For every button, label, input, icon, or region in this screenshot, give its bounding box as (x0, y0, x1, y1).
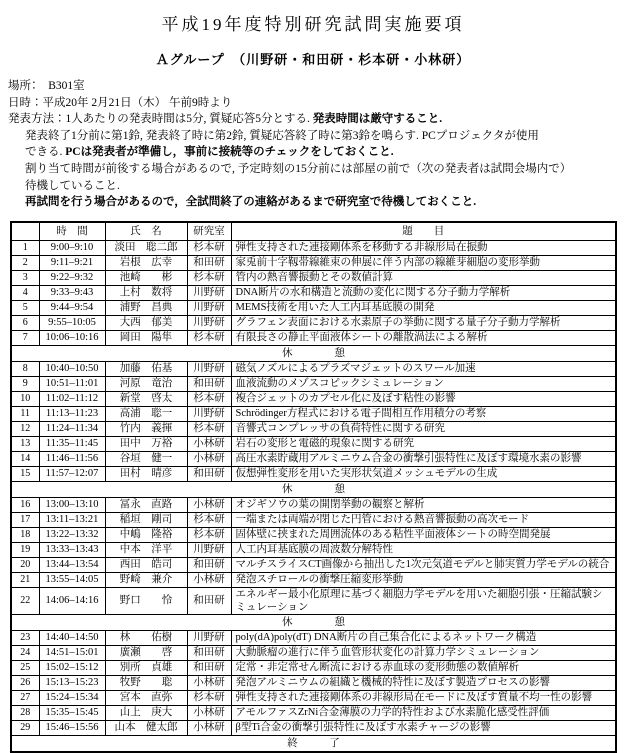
table-row: 2915:46–15:56山本 健太郎小林研β型Ti合金の衝撃引張特性に及ぼす水… (11, 720, 616, 735)
cell-name: 田村 晴彦 (105, 466, 187, 481)
cell-time: 15:13–15:23 (39, 675, 105, 690)
header-title: 題 目 (231, 222, 616, 241)
cell-number: 20 (11, 557, 39, 572)
cell-number: 11 (11, 406, 39, 421)
cell-title: 管内の熱音響振動とその数値計算 (231, 270, 616, 285)
cell-title: 磁気ノズルによるプラズマジェットのスワール加速 (231, 361, 616, 376)
table-row: 59:44–9:54浦野 昌典川野研MEMS技術を用いた人工内耳基底膜の開発 (11, 300, 616, 315)
cell-time: 11:13–11:23 (39, 406, 105, 421)
cell-lab: 杉本研 (187, 270, 231, 285)
cell-lab: 川野研 (187, 630, 231, 645)
cell-title: マルチスライスCT画像から抽出した1次元気道モデルと肺実質力学モデルの統合 (231, 557, 616, 572)
cell-title: 発泡スチロールの衝撃圧縮変形挙動 (231, 572, 616, 587)
cell-number: 9 (11, 376, 39, 391)
cell-number: 26 (11, 675, 39, 690)
cell-number: 28 (11, 705, 39, 720)
note-pc: できる. PCは発表者が準備し，事前に接続等のチェックをしておくこと. (8, 144, 618, 161)
note-datetime: 日時：平成20年 2月21日（木） 午前9時より (8, 95, 618, 112)
cell-lab: 杉本研 (187, 512, 231, 527)
cell-title: 発泡アルミニウムの組織と機械的特性に及ぼす製造プロセスの影響 (231, 675, 616, 690)
header-row: 時 間 氏 名 研究室 題 目 (11, 222, 616, 241)
cell-lab: 和田研 (187, 587, 231, 614)
table-row: 39:22–9:32池崎 彬杉本研管内の熱音響振動とその数値計算 (11, 270, 616, 285)
cell-name: 別所 貞雄 (105, 660, 187, 675)
cell-time: 15:24–15:34 (39, 690, 105, 705)
cell-lab: 杉本研 (187, 421, 231, 436)
cell-time: 15:35–15:45 (39, 705, 105, 720)
table-row: 2815:35–15:45山上 庚大小林研アモルファスZrNi合金薄膜の力学的特… (11, 705, 616, 720)
cell-name: 竹内 義揮 (105, 421, 187, 436)
cell-number: 3 (11, 270, 39, 285)
page-title: 平成19年度特別研究試問実施要項 (8, 10, 618, 35)
header-name: 氏 名 (105, 222, 187, 241)
cell-title: 有限長さの静止平面液体シートの離散渦法による解析 (231, 330, 616, 345)
cell-time: 15:46–15:56 (39, 720, 105, 735)
table-row: 2715:24–15:34宮本 直弥杉本研弾性支持された連接剛体系の非線形局在モ… (11, 690, 616, 705)
cell-name: 岡田 陽隼 (105, 330, 187, 345)
cell-name: 牧野 聡 (105, 675, 187, 690)
cell-name: 加藤 佑基 (105, 361, 187, 376)
note-waiting-2: 待機していること. (8, 178, 618, 195)
cell-number: 22 (11, 587, 39, 614)
end-label: 終 了 (11, 735, 616, 752)
note-waiting-1: 割り当て時間が前後する場合があるので, 予定時刻の15分前には部屋の前で（次の発… (8, 161, 618, 178)
cell-lab: 川野研 (187, 315, 231, 330)
break-row: 休 憩 (11, 481, 616, 497)
cell-title: グラフェン表面における水素原子の挙動に関する量子分子動力学解析 (231, 315, 616, 330)
end-row: 終 了 (11, 735, 616, 752)
cell-title: 複合ジェットのカプセル化に及ぼす粘性の影響 (231, 391, 616, 406)
cell-time: 9:44–9:54 (39, 300, 105, 315)
cell-number: 24 (11, 645, 39, 660)
cell-name: 野崎 兼介 (105, 572, 187, 587)
cell-time: 13:33–13:43 (39, 542, 105, 557)
cell-lab: 和田研 (187, 255, 231, 270)
cell-number: 19 (11, 542, 39, 557)
cell-name: 中嶋 隆裕 (105, 527, 187, 542)
cell-name: 池崎 彬 (105, 270, 187, 285)
note-place: 場所： B301室 (8, 78, 618, 95)
cell-number: 15 (11, 466, 39, 481)
cell-time: 10:06–10:16 (39, 330, 105, 345)
cell-name: 上村 数将 (105, 285, 187, 300)
cell-name: 谷垣 健一 (105, 451, 187, 466)
cell-time: 11:24–11:34 (39, 421, 105, 436)
break-label: 休 憩 (11, 345, 616, 361)
table-row: 2314:40–14:50林 佑樹川野研poly(dA)poly(dT) DNA… (11, 630, 616, 645)
cell-lab: 杉本研 (187, 391, 231, 406)
note-method: 発表方法：1人あたりの発表時間は5分, 質疑応答5分とする. 発表時間は厳守する… (8, 111, 618, 128)
cell-number: 18 (11, 527, 39, 542)
cell-lab: 杉本研 (187, 527, 231, 542)
cell-lab: 小林研 (187, 436, 231, 451)
cell-name: 新堂 啓太 (105, 391, 187, 406)
cell-time: 9:22–9:32 (39, 270, 105, 285)
cell-number: 27 (11, 690, 39, 705)
cell-lab: 和田研 (187, 645, 231, 660)
cell-title: 仮想弾性変形を用いた実形状気道メッシュモデルの生成 (231, 466, 616, 481)
instructions: 場所： B301室 日時：平成20年 2月21日（木） 午前9時より 発表方法：… (8, 78, 618, 211)
table-row: 1813:22–13:32中嶋 隆裕杉本研固体壁に挟まれた周囲流体のある粘性平面… (11, 527, 616, 542)
cell-number: 23 (11, 630, 39, 645)
cell-number: 13 (11, 436, 39, 451)
cell-lab: 小林研 (187, 720, 231, 735)
cell-lab: 杉本研 (187, 240, 231, 255)
cell-title: 音響式コンプレッサの負荷特性に関する研究 (231, 421, 616, 436)
cell-time: 10:51–11:01 (39, 376, 105, 391)
break-label: 休 憩 (11, 481, 616, 497)
cell-time: 9:11–9:21 (39, 255, 105, 270)
cell-lab: 小林研 (187, 705, 231, 720)
cell-title: 人工内耳基底膜の周波数分解特性 (231, 542, 616, 557)
cell-time: 11:35–11:45 (39, 436, 105, 451)
cell-lab: 川野研 (187, 300, 231, 315)
cell-title: 固体壁に挟まれた周囲流体のある粘性平面液体シートの時空間発展 (231, 527, 616, 542)
cell-number: 2 (11, 255, 39, 270)
cell-name: 宮本 直弥 (105, 690, 187, 705)
schedule-table: 時 間 氏 名 研究室 題 目 19:00–9:10淡田 聡二郎杉本研弾性支持さ… (10, 221, 617, 753)
cell-name: 淡田 聡二郎 (105, 240, 187, 255)
table-row: 2013:44–13:54西田 皓司和田研マルチスライスCT画像から抽出した1次… (11, 557, 616, 572)
note-retest: 再試問を行う場合があるので，全試問終了の連絡があるまで研究室で待機しておくこと. (8, 194, 618, 211)
cell-number: 25 (11, 660, 39, 675)
cell-number: 29 (11, 720, 39, 735)
cell-lab: 和田研 (187, 376, 231, 391)
cell-number: 5 (11, 300, 39, 315)
cell-lab: 和田研 (187, 660, 231, 675)
table-row: 1111:13–11:23高浦 聡一川野研Schrödinger方程式における電… (11, 406, 616, 421)
cell-number: 14 (11, 451, 39, 466)
cell-title: DNA断片の水和構造と流動の変化に関する分子動力学解析 (231, 285, 616, 300)
cell-title: 弾性支持された連接剛体系の非線形局在モードに及ぼす質量不均一性の影響 (231, 690, 616, 705)
cell-number: 4 (11, 285, 39, 300)
cell-name: 浦野 昌典 (105, 300, 187, 315)
table-row: 69:55–10:05大西 郁美川野研グラフェン表面における水素原子の挙動に関す… (11, 315, 616, 330)
cell-time: 9:00–9:10 (39, 240, 105, 255)
cell-lab: 小林研 (187, 497, 231, 512)
table-row: 2113:55–14:05野崎 兼介小林研発泡スチロールの衝撃圧縮変形挙動 (11, 572, 616, 587)
cell-number: 17 (11, 512, 39, 527)
cell-title: Schrödinger方程式における電子間相互作用積分の考察 (231, 406, 616, 421)
table-row: 1613:00–13:10冨永 直路小林研オジギソウの葉の開閉挙動の観察と解析 (11, 497, 616, 512)
header-no (11, 222, 39, 241)
cell-number: 6 (11, 315, 39, 330)
cell-name: 中本 洋平 (105, 542, 187, 557)
cell-time: 13:44–13:54 (39, 557, 105, 572)
table-row: 910:51–11:01河原 竜治和田研血液流動のメゾスコピックシミュレーション (11, 376, 616, 391)
cell-number: 12 (11, 421, 39, 436)
break-row: 休 憩 (11, 614, 616, 630)
table-row: 2615:13–15:23牧野 聡小林研発泡アルミニウムの組織と機械的特性に及ぼ… (11, 675, 616, 690)
cell-time: 15:02–15:12 (39, 660, 105, 675)
cell-lab: 小林研 (187, 572, 231, 587)
cell-time: 9:33–9:43 (39, 285, 105, 300)
table-row: 49:33–9:43上村 数将川野研DNA断片の水和構造と流動の変化に関する分子… (11, 285, 616, 300)
cell-name: 高浦 聡一 (105, 406, 187, 421)
table-row: 2515:02–15:12別所 貞雄和田研定常・非定常せん断流における赤血球の変… (11, 660, 616, 675)
cell-number: 1 (11, 240, 39, 255)
cell-name: 稲垣 剛司 (105, 512, 187, 527)
cell-name: 山上 庚大 (105, 705, 187, 720)
cell-title: 一端または両端が閉じた円管における熱音響振動の高次モード (231, 512, 616, 527)
cell-number: 10 (11, 391, 39, 406)
cell-lab: 川野研 (187, 361, 231, 376)
note-bells: 発表終了1分前に第1鈴, 発表終了時に第2鈴, 質疑応答終了時に第3鈴を鳴らす.… (8, 128, 618, 145)
cell-name: 野口 怜 (105, 587, 187, 614)
cell-title: 岩石の変形と電磁的現象に関する研究 (231, 436, 616, 451)
table-row: 1913:33–13:43中本 洋平川野研人工内耳基底膜の周波数分解特性 (11, 542, 616, 557)
cell-number: 8 (11, 361, 39, 376)
cell-time: 14:40–14:50 (39, 630, 105, 645)
cell-name: 岩根 広幸 (105, 255, 187, 270)
break-row: 休 憩 (11, 345, 616, 361)
document-page: 平成19年度特別研究試問実施要項 Ａグループ （川野研・和田研・杉本研・小林研）… (0, 0, 626, 753)
cell-lab: 杉本研 (187, 690, 231, 705)
cell-name: 大西 郁美 (105, 315, 187, 330)
cell-time: 13:00–13:10 (39, 497, 105, 512)
cell-time: 14:51–15:01 (39, 645, 105, 660)
table-row: 29:11–9:21岩根 広幸和田研家兎前十字靱帯線維束の伸展に伴う内部の線維芽… (11, 255, 616, 270)
cell-title: エネルギー最小化原理に基づく細胞力学モデルを用いた細胞引張・圧縮試験シミュレーシ… (231, 587, 616, 614)
cell-title: poly(dA)poly(dT) DNA断片の自己集合化によるネットワーク構造 (231, 630, 616, 645)
cell-time: 11:57–12:07 (39, 466, 105, 481)
cell-name: 冨永 直路 (105, 497, 187, 512)
cell-number: 21 (11, 572, 39, 587)
table-row: 1311:35–11:45田中 万裕小林研岩石の変形と電磁的現象に関する研究 (11, 436, 616, 451)
cell-lab: 川野研 (187, 285, 231, 300)
table-row: 2214:06–14:16野口 怜和田研エネルギー最小化原理に基づく細胞力学モデ… (11, 587, 616, 614)
cell-title: 家兎前十字靱帯線維束の伸展に伴う内部の線維芽細胞の変形挙動 (231, 255, 616, 270)
table-row: 1713:11–13:21稲垣 剛司杉本研一端または両端が閉じた円管における熱音… (11, 512, 616, 527)
table-row: 1411:46–11:56谷垣 健一小林研高圧水素貯蔵用アルミニウム合金の衝撃引… (11, 451, 616, 466)
table-row: 1511:57–12:07田村 晴彦和田研仮想弾性変形を用いた実形状気道メッシュ… (11, 466, 616, 481)
cell-time: 14:06–14:16 (39, 587, 105, 614)
cell-name: 田中 万裕 (105, 436, 187, 451)
cell-lab: 杉本研 (187, 330, 231, 345)
cell-lab: 川野研 (187, 542, 231, 557)
cell-name: 林 佑樹 (105, 630, 187, 645)
table-row: 2414:51–15:01廣瀬 啓和田研大動脈瘤の進行に伴う血管形状変化の計算力… (11, 645, 616, 660)
cell-title: 大動脈瘤の進行に伴う血管形状変化の計算力学シミュレーション (231, 645, 616, 660)
table-row: 19:00–9:10淡田 聡二郎杉本研弾性支持された連接剛体系を移動する非線形局… (11, 240, 616, 255)
cell-name: 山本 健太郎 (105, 720, 187, 735)
table-row: 710:06–10:16岡田 陽隼杉本研有限長さの静止平面液体シートの離散渦法に… (11, 330, 616, 345)
table-row: 810:40–10:50加藤 佑基川野研磁気ノズルによるプラズマジェットのスワー… (11, 361, 616, 376)
cell-title: β型Ti合金の衝撃引張特性に及ぼす水素チャージの影響 (231, 720, 616, 735)
cell-lab: 和田研 (187, 466, 231, 481)
cell-time: 13:55–14:05 (39, 572, 105, 587)
header-time: 時 間 (39, 222, 105, 241)
cell-number: 16 (11, 497, 39, 512)
cell-lab: 川野研 (187, 406, 231, 421)
cell-title: 定常・非定常せん断流における赤血球の変形動態の数値解析 (231, 660, 616, 675)
cell-time: 13:11–13:21 (39, 512, 105, 527)
cell-number: 7 (11, 330, 39, 345)
cell-time: 13:22–13:32 (39, 527, 105, 542)
cell-name: 西田 皓司 (105, 557, 187, 572)
cell-lab: 小林研 (187, 451, 231, 466)
cell-time: 10:40–10:50 (39, 361, 105, 376)
cell-lab: 小林研 (187, 675, 231, 690)
group-subtitle: Ａグループ （川野研・和田研・杉本研・小林研） (8, 49, 618, 68)
table-row: 1011:02–11:12新堂 啓太杉本研複合ジェットのカプセル化に及ぼす粘性の… (11, 391, 616, 406)
cell-title: 高圧水素貯蔵用アルミニウム合金の衝撃引張特性に及ぼす環境水素の影響 (231, 451, 616, 466)
cell-title: 弾性支持された連接剛体系を移動する非線形局在振動 (231, 240, 616, 255)
cell-name: 河原 竜治 (105, 376, 187, 391)
cell-title: オジギソウの葉の開閉挙動の観察と解析 (231, 497, 616, 512)
cell-title: アモルファスZrNi合金薄膜の力学的特性および水素脆化感受性評価 (231, 705, 616, 720)
header-lab: 研究室 (187, 222, 231, 241)
cell-time: 11:46–11:56 (39, 451, 105, 466)
cell-lab: 和田研 (187, 557, 231, 572)
break-label: 休 憩 (11, 614, 616, 630)
cell-title: MEMS技術を用いた人工内耳基底膜の開発 (231, 300, 616, 315)
table-row: 1211:24–11:34竹内 義揮杉本研音響式コンプレッサの負荷特性に関する研… (11, 421, 616, 436)
schedule-body: 19:00–9:10淡田 聡二郎杉本研弾性支持された連接剛体系を移動する非線形局… (11, 240, 616, 752)
cell-title: 血液流動のメゾスコピックシミュレーション (231, 376, 616, 391)
cell-time: 9:55–10:05 (39, 315, 105, 330)
cell-time: 11:02–11:12 (39, 391, 105, 406)
cell-name: 廣瀬 啓 (105, 645, 187, 660)
schedule-header: 時 間 氏 名 研究室 題 目 (11, 222, 616, 241)
